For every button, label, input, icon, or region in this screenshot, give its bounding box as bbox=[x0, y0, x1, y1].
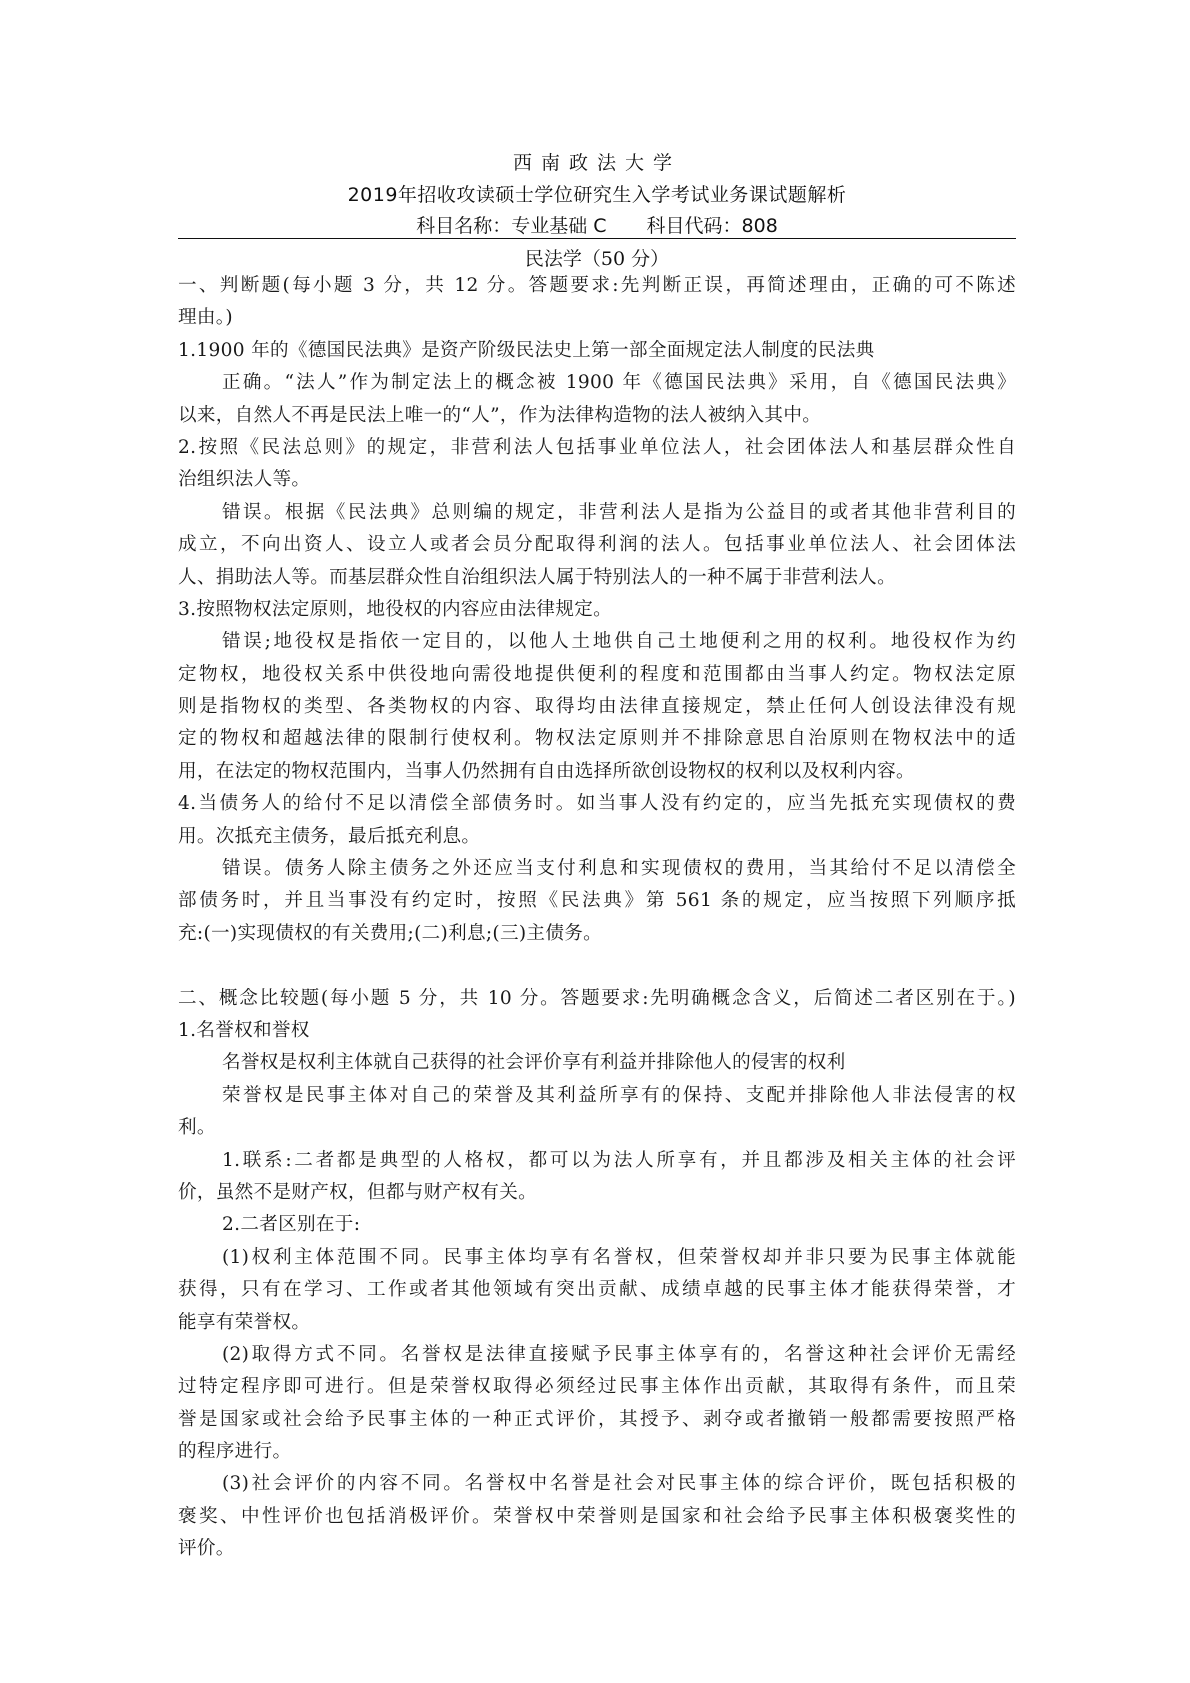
text-line: 利。 bbox=[178, 1112, 1016, 1144]
text-line: 定物权，地役权关系中供役地向需役地提供便利的程度和范围都由当事人约定。物权法定原 bbox=[178, 659, 1016, 691]
text-line: 充:(一)实现债权的有关费用;(二)利息;(三)主债务。 bbox=[178, 918, 1016, 950]
text-line: 部债务时，并且当事没有约定时，按照《民法典》第 561 条的规定，应当按照下列顺… bbox=[178, 885, 1016, 917]
answer-line: 正确。“法人”作为制定法上的概念被 1900 年《德国民法典》采用，自《德国民法… bbox=[178, 367, 1016, 399]
text-line: 褒奖、中性评价也包括消极评价。荣誉权中荣誉则是国家和社会给予民事主体积极褒奖性的 bbox=[178, 1501, 1016, 1533]
question-heading: 一、判断题(每小题 3 分，共 12 分。答题要求:先判断正误，再简述理由，正确… bbox=[178, 270, 1016, 302]
text-line: 价，虽然不是财产权，但都与财产权有关。 bbox=[178, 1177, 1016, 1209]
text-line: 过特定程序即可进行。但是荣誉权取得必须经过民事主体作出贡献，其取得有条件，而且荣 bbox=[178, 1371, 1016, 1403]
answer-line: (1)权利主体范围不同。民事主体均享有名誉权，但荣誉权却并非只要为民事主体就能 bbox=[178, 1242, 1016, 1274]
text-line: 的程序进行。 bbox=[178, 1436, 1016, 1468]
subject-code: 科目代码：808 bbox=[647, 215, 778, 237]
question-item: 4.当债务人的给付不足以清偿全部债务时。如当事人没有约定的，应当先抵充实现债权的… bbox=[178, 788, 1016, 820]
university-name: 西南政法大学 bbox=[178, 148, 1016, 175]
text-line: 理由。) bbox=[178, 302, 1016, 334]
text-line: 用，在法定的物权范围内，当事人仍然拥有自由选择所欲创设物权的权利以及权利内容。 bbox=[178, 756, 1016, 788]
text-line: 治组织法人等。 bbox=[178, 464, 1016, 496]
answer-line: (3)社会评价的内容不同。名誉权中名誉是社会对民事主体的综合评价，既包括积极的 bbox=[178, 1468, 1016, 1500]
question-item: 1.1900 年的《德国民法典》是资产阶级民法史上第一部全面规定法人制度的民法典 bbox=[178, 335, 1016, 367]
text-line: 获得，只有在学习、工作或者其他领域有突出贡献、成绩卓越的民事主体才能获得荣誉，才 bbox=[178, 1274, 1016, 1306]
answer-line: 名誉权是权利主体就自己获得的社会评价享有利益并排除他人的侵害的权利 bbox=[178, 1047, 1016, 1079]
text-line: 则是指物权的类型、各类物权的内容、取得均由法律直接规定，禁止任何人创设法律没有规 bbox=[178, 691, 1016, 723]
question-item: 1.名誉权和誉权 bbox=[178, 1015, 1016, 1047]
text-line: 用。次抵充主债务，最后抵充利息。 bbox=[178, 821, 1016, 853]
question-item: 3.按照物权法定原则，地役权的内容应由法律规定。 bbox=[178, 594, 1016, 626]
text-line: 评价。 bbox=[178, 1533, 1016, 1565]
text-line: 能享有荣誉权。 bbox=[178, 1307, 1016, 1339]
answer-line: 错误;地役权是指依一定目的，以他人土地供自己土地便利之用的权利。地役权作为约 bbox=[178, 626, 1016, 658]
document-body: 一、判断题(每小题 3 分，共 12 分。答题要求:先判断正误，再简述理由，正确… bbox=[178, 270, 1016, 1566]
answer-line: 2.二者区别在于: bbox=[178, 1209, 1016, 1241]
answer-line: (2)取得方式不同。名誉权是法律直接赋予民事主体享有的，名誉这种社会评价无需经 bbox=[178, 1339, 1016, 1371]
answer-line: 1.联系:二者都是典型的人格权，都可以为法人所享有，并且都涉及相关主体的社会评 bbox=[178, 1145, 1016, 1177]
document-page: 西南政法大学 2019年招收攻读硕士学位研究生入学考试业务课试题解析 科目名称：… bbox=[0, 0, 1190, 1683]
text-line: 人、捐助法人等。而基层群众性自治组织法人属于特别法人的一种不属于非营利法人。 bbox=[178, 562, 1016, 594]
text-line: 定的物权和超越法律的限制行使权利。物权法定原则并不排除意思自治原则在物权法中的适 bbox=[178, 723, 1016, 755]
question-item: 2.按照《民法总则》的规定，非营利法人包括事业单位法人，社会团体法人和基层群众性… bbox=[178, 432, 1016, 464]
text-line: 誉是国家或社会给予民事主体的一种正式评价，其授予、剥夺或者撤销一般都需要按照严格 bbox=[178, 1404, 1016, 1436]
section-title: 民法学（50 分） bbox=[178, 244, 1016, 271]
answer-line: 错误。根据《民法典》总则编的规定，非营利法人是指为公益目的或者其他非营利目的 bbox=[178, 497, 1016, 529]
blank-line bbox=[178, 950, 1016, 982]
text-line: 以来，自然人不再是民法上唯一的“人”，作为法律构造物的法人被纳入其中。 bbox=[178, 400, 1016, 432]
text-line: 成立，不向出资人、设立人或者会员分配取得利润的法人。包括事业单位法人、社会团体法 bbox=[178, 529, 1016, 561]
header-divider bbox=[178, 238, 1016, 239]
exam-title: 2019年招收攻读硕士学位研究生入学考试业务课试题解析 bbox=[178, 180, 1016, 207]
subject-info: 科目名称：专业基础 C科目代码：808 bbox=[178, 211, 1016, 238]
subject-name: 科目名称：专业基础 C bbox=[416, 215, 606, 237]
answer-line: 荣誉权是民事主体对自己的荣誉及其利益所享有的保持、支配并排除他人非法侵害的权 bbox=[178, 1080, 1016, 1112]
question-heading: 二、概念比较题(每小题 5 分，共 10 分。答题要求:先明确概念含义，后简述二… bbox=[178, 983, 1016, 1015]
answer-line: 错误。债务人除主债务之外还应当支付利息和实现债权的费用，当其给付不足以清偿全 bbox=[178, 853, 1016, 885]
